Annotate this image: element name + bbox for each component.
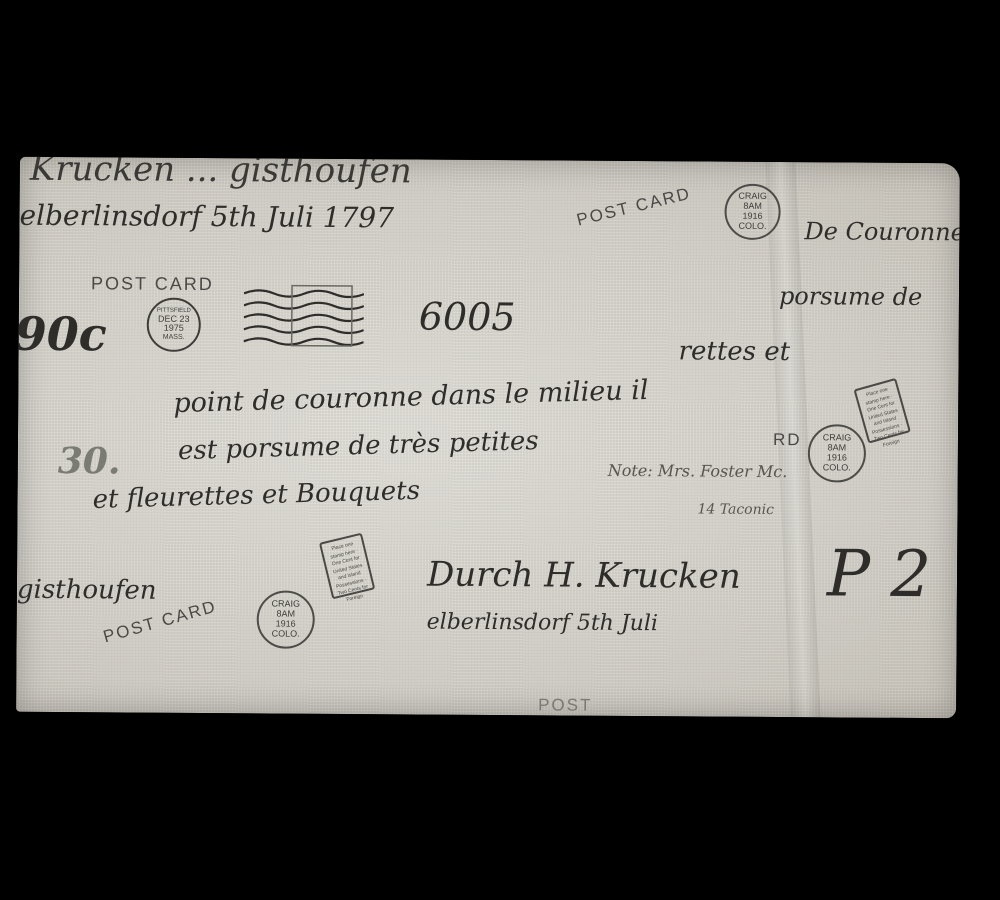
- postmark-state: COLO.: [738, 222, 766, 232]
- postcard-label: POST CARD: [575, 184, 693, 231]
- script-right-big: P 2: [827, 537, 932, 612]
- linen-pillowcase: Krucken ... gisthoufen elberlinsdorf 5th…: [16, 157, 960, 719]
- script-signature-line-2: elberlinsdorf 5th Juli: [427, 610, 658, 637]
- script-left-fragment: 90c: [16, 307, 107, 362]
- script-left-bottom: gisthoufen: [17, 575, 157, 606]
- script-line-2: elberlinsdorf 5th Juli 1797: [19, 199, 394, 235]
- postcard-label: POST CARD: [91, 273, 214, 295]
- postmark-state: MASS.: [163, 334, 185, 342]
- stamp-box-label: Place one stamp here · One Cent for Unit…: [853, 378, 910, 444]
- script-line-1: Krucken ... gisthoufen: [30, 157, 412, 192]
- postmark-pittsfield: PITTSFIELD DEC 23 1975 MASS.: [147, 298, 201, 352]
- postmark-state: COLO.: [272, 629, 300, 639]
- postmark-state: COLO.: [823, 463, 851, 473]
- script-right-3: rettes et: [679, 336, 791, 367]
- postmark-craig-right: CRAIG 8AM 1916 COLO.: [808, 424, 866, 482]
- script-para-line-1: point de couronne dans le milieu il: [173, 375, 649, 419]
- postmark-year: 1975: [164, 324, 184, 334]
- number-30: 30.: [58, 440, 121, 482]
- postcard-label-partial: POST: [538, 695, 592, 715]
- script-para-line-3: et fleurettes et Bouquets: [92, 476, 420, 515]
- handwritten-note-line-2: 14 Taconic: [697, 501, 774, 518]
- stamp-box-label: Place one stamp here · One Cent for Unit…: [319, 533, 375, 600]
- partial-postcard-label: RD: [773, 430, 802, 450]
- postmark-craig: CRAIG 8AM 1916 COLO.: [257, 590, 315, 648]
- postmark-craig: CRAIG 8AM 1916 COLO.: [724, 184, 780, 240]
- cancellation-wavy-lines: [244, 283, 364, 354]
- script-big-number: 6005: [419, 295, 516, 340]
- script-right-1: De Couronne: [804, 217, 960, 246]
- handwritten-note-line-1: Note: Mrs. Foster Mc.: [608, 461, 788, 481]
- script-right-2: porsume de: [779, 282, 922, 311]
- script-para-line-2: est porsume de très petites: [178, 426, 539, 466]
- script-signature: Durch H. Krucken: [427, 555, 741, 597]
